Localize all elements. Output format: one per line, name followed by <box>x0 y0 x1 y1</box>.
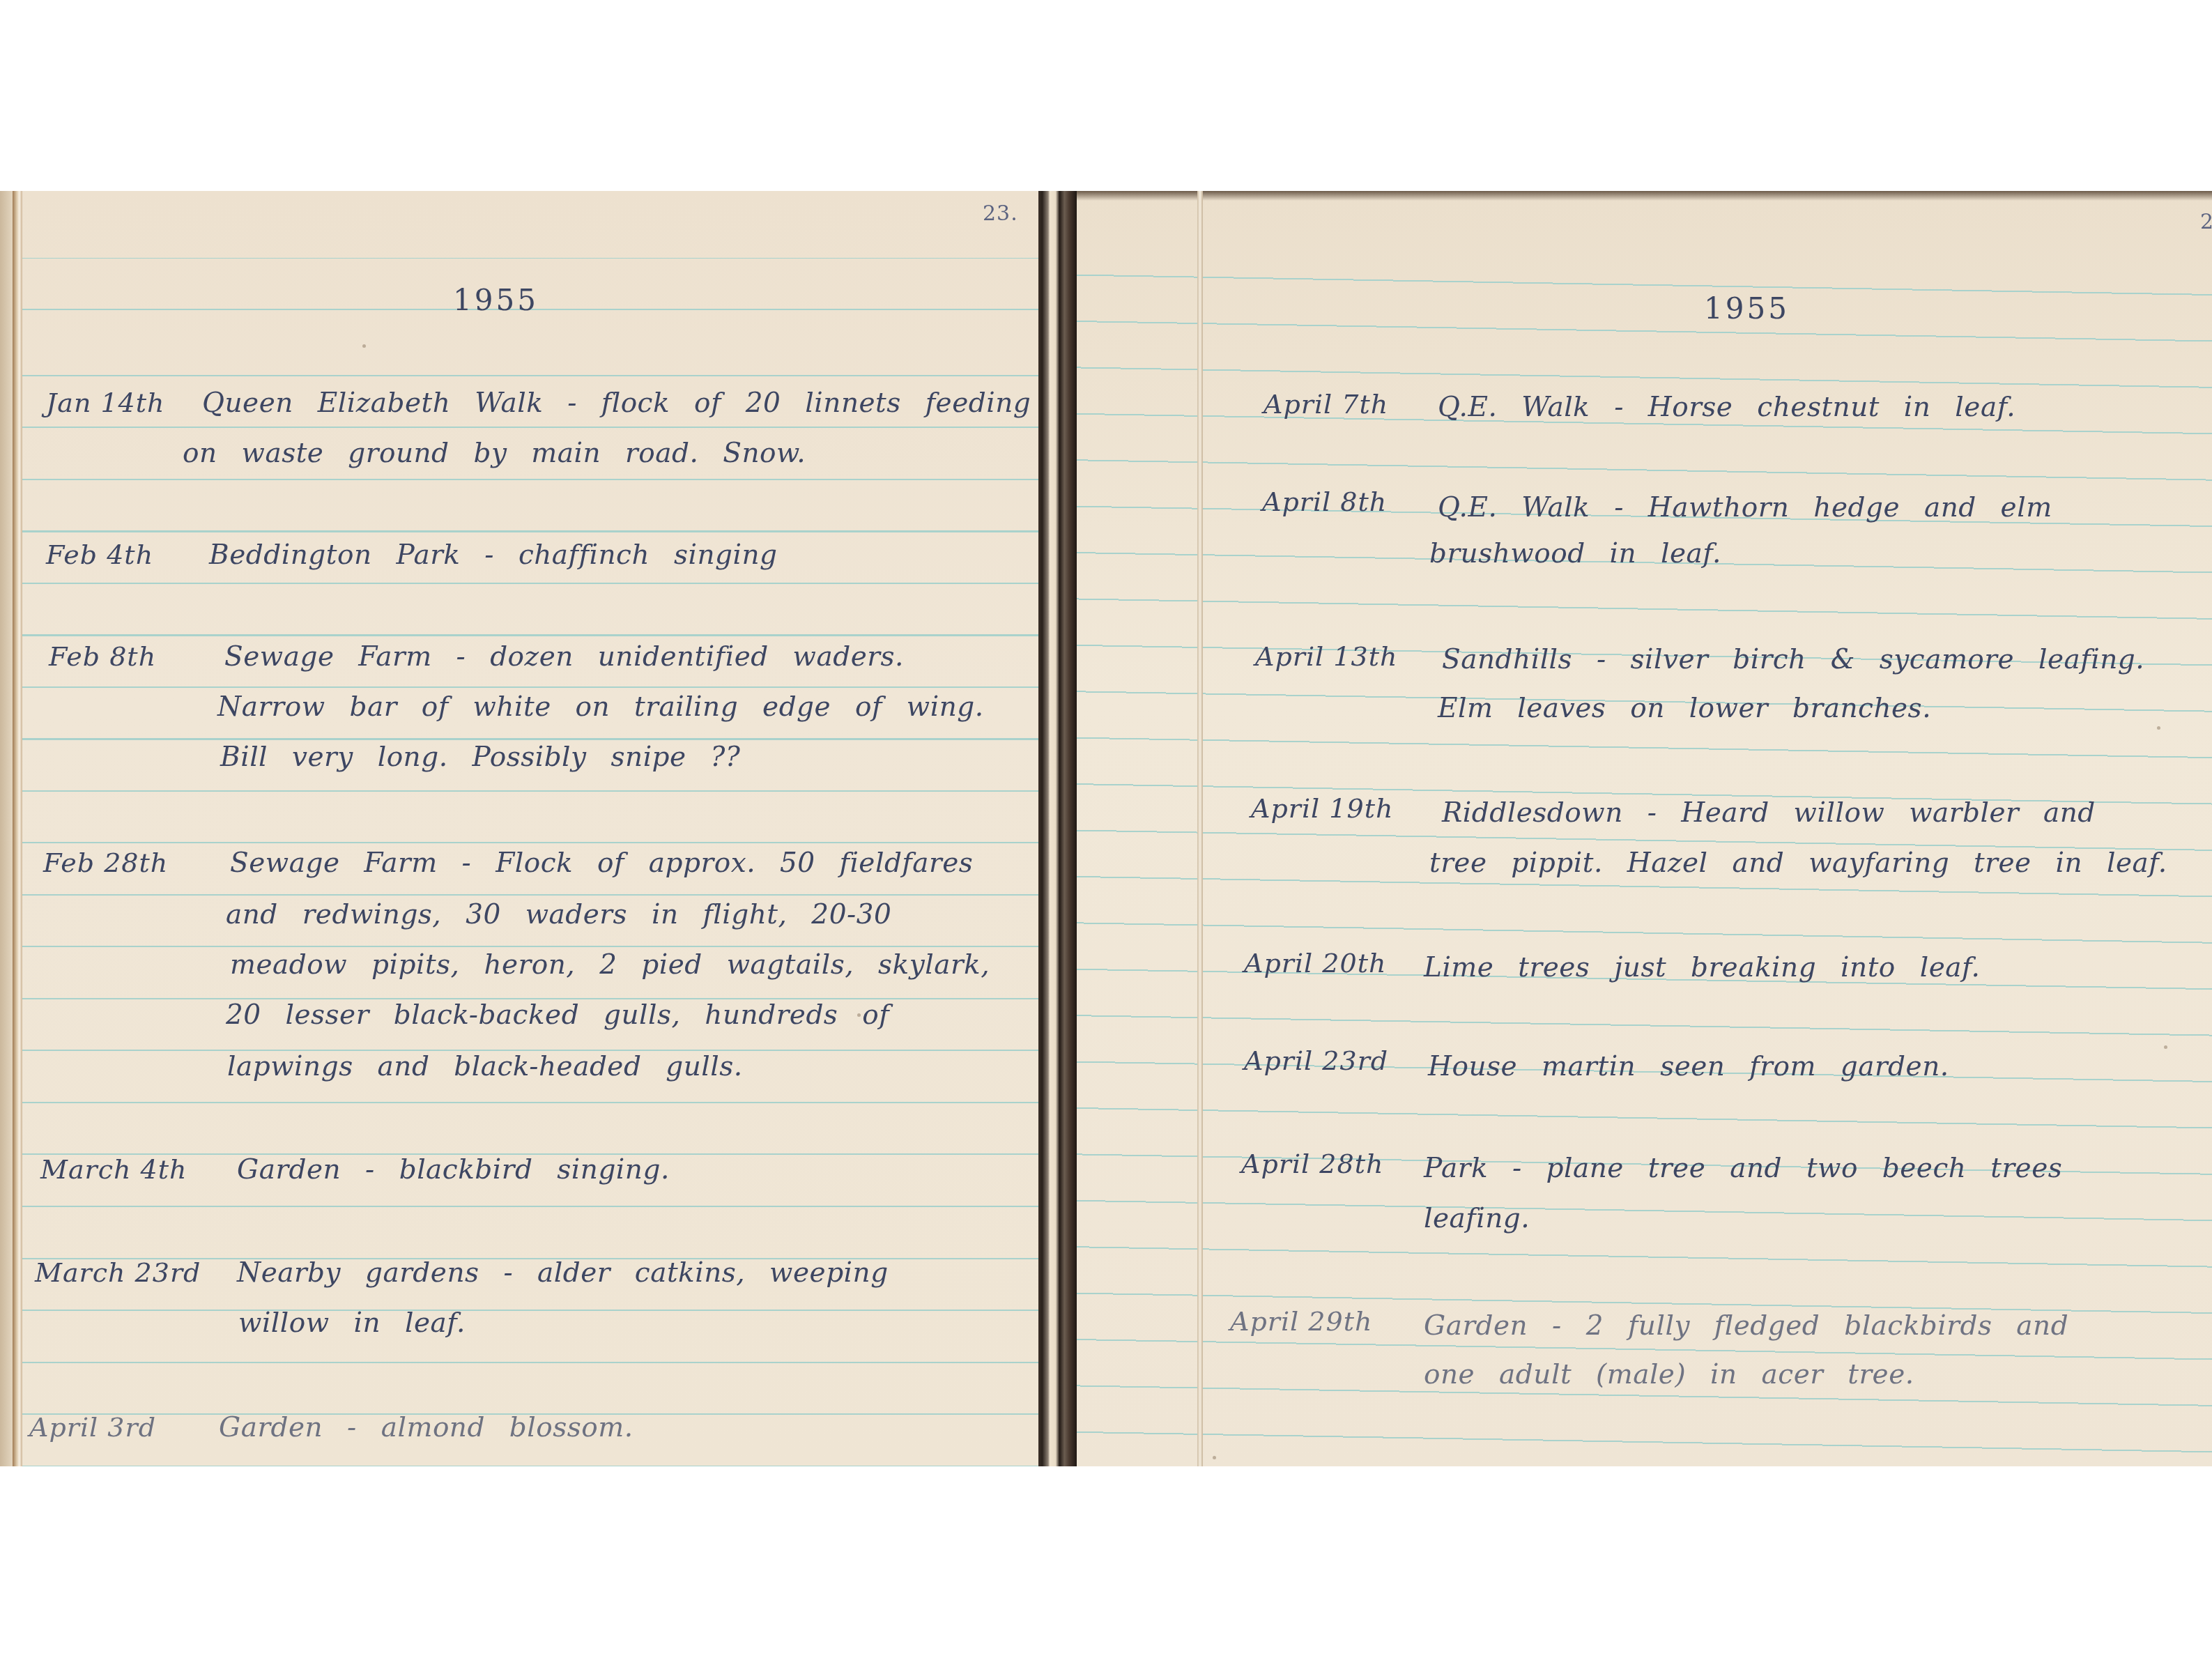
entry-text: Sandhills - silver birch & sycamore leaf… <box>1442 644 2144 675</box>
entry-date: March 23rd <box>35 1257 201 1288</box>
entry-text: Queen Elizabeth Walk - flock of 20 linne… <box>202 387 1031 419</box>
entry-text: leafing. <box>1424 1203 1530 1234</box>
entry-text: Sewage Farm - dozen unidentified waders. <box>224 641 904 673</box>
entry-text: tree pippit. Hazel and wayfaring tree in… <box>1429 847 2167 879</box>
entry-text: one adult (male) in acer tree. <box>1424 1359 1914 1390</box>
entry-text: on waste ground by main road. Snow. <box>183 438 806 469</box>
entry-date: April 28th <box>1241 1149 1383 1179</box>
entry-text: Elm leaves on lower branches. <box>1438 693 1931 724</box>
entry-text: Riddlesdown - Heard willow warbler and <box>1442 797 2096 829</box>
entry-date: Feb 8th <box>49 641 156 672</box>
entry-date: Feb 4th <box>46 539 153 570</box>
left-page: 23. 1955 Jan 14th Queen Elizabeth Walk -… <box>0 191 1038 1466</box>
year-heading: 1955 <box>1704 294 1790 323</box>
entry-date: April 13th <box>1255 641 1397 672</box>
entry-date: April 8th <box>1262 486 1387 517</box>
entry-text: Q.E. Walk - Hawthorn hedge and elm <box>1438 492 2052 523</box>
entry-text: Sewage Farm - Flock of approx. 50 fieldf… <box>230 847 973 879</box>
page-number: 2 <box>2200 212 2212 233</box>
page-edge <box>0 191 13 1466</box>
entry-text: Narrow bar of white on trailing edge of … <box>217 691 984 723</box>
entry-date: April 7th <box>1264 389 1388 420</box>
entry-text: Nearby gardens - alder catkins, weeping <box>237 1257 889 1289</box>
entry-date: April 20th <box>1244 948 1386 978</box>
right-page: 2 1955 April 7th Q.E. Walk - Horse chest… <box>1077 191 2212 1466</box>
paper-speck <box>2157 726 2160 730</box>
paper-speck <box>362 344 366 348</box>
entry-text: and redwings, 30 waders in flight, 20-30 <box>226 899 891 930</box>
entry-date: Jan 14th <box>46 387 165 418</box>
book-gutter <box>1038 191 1077 1466</box>
entry-text: Bill very long. Possibly snipe ?? <box>220 742 740 773</box>
paper-speck <box>1213 1456 1216 1459</box>
entry-text: Q.E. Walk - Horse chestnut in leaf. <box>1438 392 2015 423</box>
year-heading: 1955 <box>453 286 539 315</box>
entry-text: brushwood in leaf. <box>1429 538 1721 569</box>
paper-speck <box>2164 1045 2167 1049</box>
entry-text: Park - plane tree and two beech trees <box>1424 1153 2062 1184</box>
entry-text: Beddington Park - chaffinch singing <box>209 539 778 571</box>
page-fold <box>1197 191 1203 1466</box>
page-fold <box>13 191 22 1466</box>
entry-date: March 4th <box>40 1154 187 1185</box>
entry-text: lapwings and black-headed gulls. <box>227 1051 743 1082</box>
entry-text: Garden - blackbird singing. <box>237 1154 670 1185</box>
entry-date: April 29th <box>1230 1306 1372 1337</box>
entry-text: Garden - 2 fully fledged blackbirds and <box>1424 1310 2068 1342</box>
entry-text: meadow pipits, heron, 2 pied wagtails, s… <box>230 949 990 981</box>
entry-date: April 3rd <box>29 1412 156 1443</box>
page-top-shadow <box>1077 191 2212 201</box>
entry-date: Feb 28th <box>43 847 168 878</box>
entry-date: April 19th <box>1251 793 1393 824</box>
entry-text: House martin seen from garden. <box>1428 1051 1949 1082</box>
paper-speck <box>857 1013 861 1017</box>
entry-text: Lime trees just breaking into leaf. <box>1424 952 1980 983</box>
entry-date: April 23rd <box>1244 1045 1388 1076</box>
entry-text: Garden - almond blossom. <box>219 1412 633 1443</box>
notebook-spread: 23. 1955 Jan 14th Queen Elizabeth Walk -… <box>0 191 2212 1466</box>
page-number: 23. <box>983 204 1018 224</box>
entry-text: willow in leaf. <box>238 1307 466 1339</box>
entry-text: 20 lesser black-backed gulls, hundreds o… <box>226 999 889 1031</box>
